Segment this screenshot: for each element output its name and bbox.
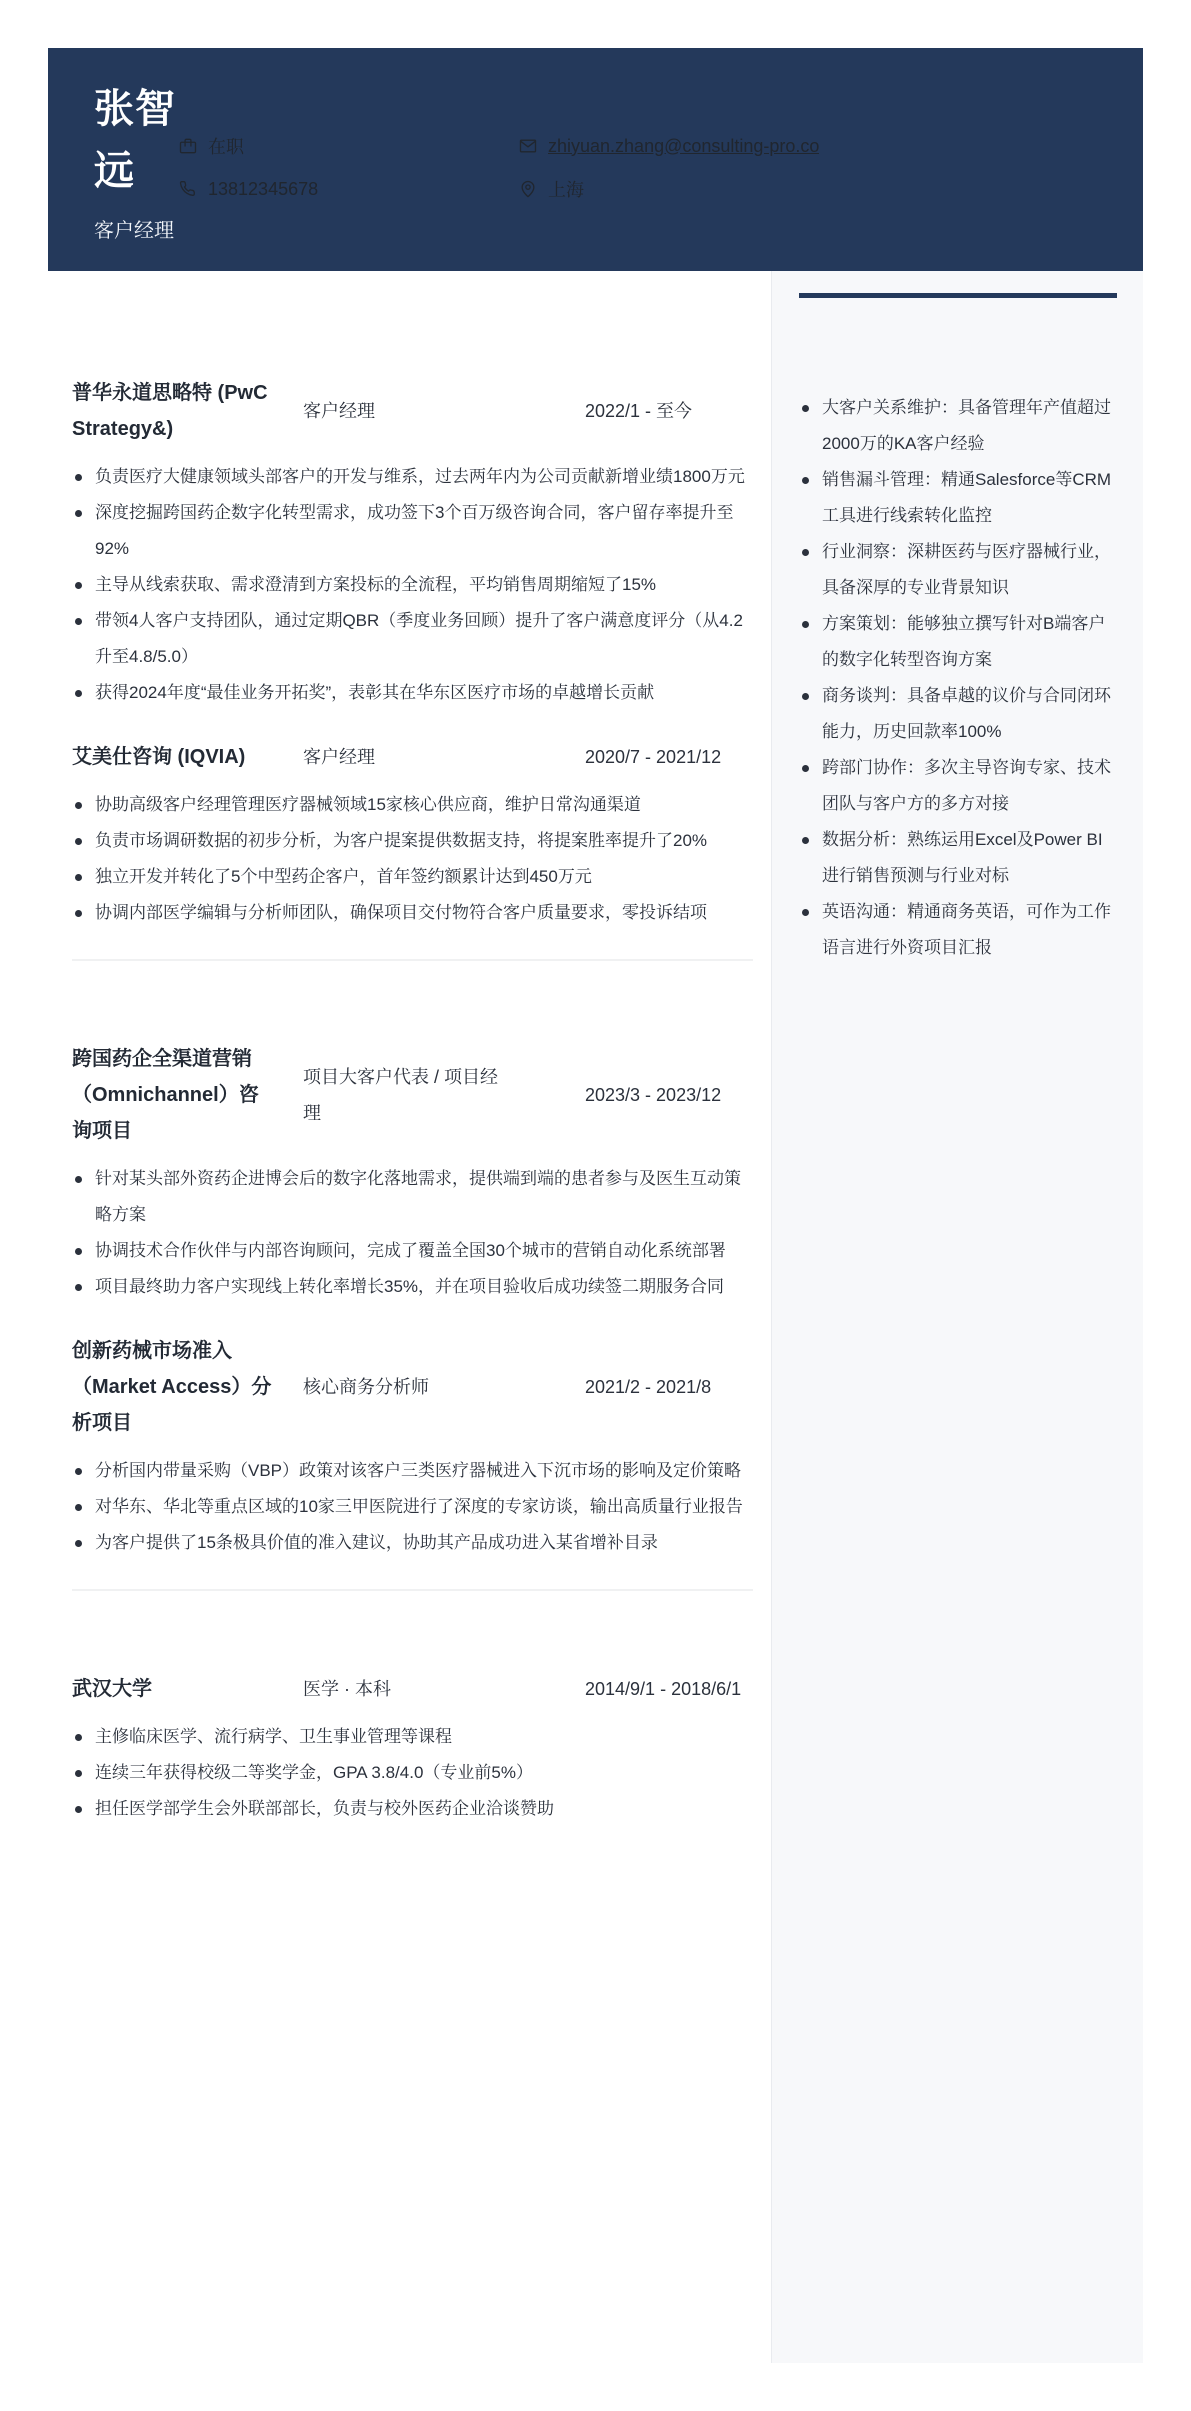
bullet-text: 连续三年获得校级二等奖学金，GPA 3.8/4.0（专业前5%）	[95, 1755, 533, 1791]
bullet-dot	[75, 1540, 82, 1547]
mail-icon	[518, 136, 538, 156]
skill-item: 行业洞察：深耕医药与医疗器械行业，具备深厚的专业背景知识	[799, 534, 1117, 606]
candidate-name: 张智远	[94, 78, 178, 202]
skill-text: 方案策划：能够独立撰写针对B端客户的数字化转型咨询方案	[822, 606, 1117, 678]
skill-text: 销售漏斗管理：精通Salesforce等CRM工具进行线索转化监控	[822, 462, 1117, 534]
entry-date: 2021/2 - 2021/8	[585, 1369, 753, 1405]
bullet-dot	[802, 837, 809, 844]
bullet-dot	[75, 1284, 82, 1291]
contact-location: 上海	[518, 176, 1097, 202]
skill-item: 商务谈判：具备卓越的议价与合同闭环能力，历史回款率100%	[799, 678, 1117, 750]
entry-role: 客户经理	[303, 739, 515, 775]
bullet-text: 负责市场调研数据的初步分析，为客户提案提供数据支持，将提案胜率提升了20%	[95, 823, 707, 859]
projects-entry: 跨国药企全渠道营销（Omnichannel）咨询项目项目大客户代表 / 项目经理…	[72, 1041, 753, 1305]
skill-text: 商务谈判：具备卓越的议价与合同闭环能力，历史回款率100%	[822, 678, 1117, 750]
skill-item: 英语沟通：精通商务英语，可作为工作语言进行外资项目汇报	[799, 894, 1117, 966]
bullet-dot	[802, 693, 809, 700]
entry-bullet: 项目最终助力客户实现线上转化率增长35%，并在项目验收后成功续签二期服务合同	[72, 1269, 753, 1305]
phone-icon	[178, 179, 198, 199]
resume-body: 普华永道思略特 (PwC Strategy&)客户经理2022/1 - 至今负责…	[48, 271, 1143, 2363]
bullet-dot	[75, 802, 82, 809]
bullet-dot	[802, 909, 809, 916]
entry-bullet: 为客户提供了15条极具价值的准入建议，协助其产品成功进入某省增补目录	[72, 1525, 753, 1561]
section-divider	[72, 1589, 753, 1591]
bullet-dot	[75, 474, 82, 481]
bullet-text: 项目最终助力客户实现线上转化率增长35%，并在项目验收后成功续签二期服务合同	[95, 1269, 724, 1305]
bullet-text: 协调内部医学编辑与分析师团队，确保项目交付物符合客户质量要求，零投诉结项	[95, 895, 707, 931]
candidate-title: 客户经理	[94, 214, 178, 243]
bullet-dot	[75, 582, 82, 589]
contact-phone: 13812345678	[178, 176, 518, 202]
bullet-text: 负责医疗大健康领域头部客户的开发与维系，过去两年内为公司贡献新增业绩1800万元	[95, 459, 745, 495]
entry-bullet: 对华东、华北等重点区域的10家三甲医院进行了深度的专家访谈，输出高质量行业报告	[72, 1489, 753, 1525]
entry-company: 艾美仕咨询 (IQVIA)	[72, 739, 277, 775]
bullet-text: 为客户提供了15条极具价值的准入建议，协助其产品成功进入某省增补目录	[95, 1525, 658, 1561]
bullet-text: 深度挖掘跨国药企数字化转型需求，成功签下3个百万级咨询合同，客户留存率提升至92…	[95, 495, 753, 567]
bullet-dot	[75, 874, 82, 881]
entry-bullet: 深度挖掘跨国药企数字化转型需求，成功签下3个百万级咨询合同，客户留存率提升至92…	[72, 495, 753, 567]
bullet-dot	[75, 1734, 82, 1741]
entry-date: 2020/7 - 2021/12	[585, 739, 753, 775]
bullet-dot	[802, 765, 809, 772]
briefcase-icon	[178, 136, 198, 156]
education-entry: 武汉大学医学 · 本科2014/9/1 - 2018/6/1主修临床医学、流行病…	[72, 1671, 753, 1827]
skills-list: 大客户关系维护：具备管理年产值超过2000万的KA客户经验销售漏斗管理：精通Sa…	[799, 390, 1117, 966]
entry-bullet: 协调技术合作伙伴与内部咨询顾问，完成了覆盖全国30个城市的营销自动化系统部署	[72, 1233, 753, 1269]
bullet-dot	[802, 477, 809, 484]
contact-status-label: 在职	[208, 133, 244, 159]
bullet-dot	[75, 910, 82, 917]
location-icon	[518, 179, 538, 199]
entry-bullet: 针对某头部外资药企进博会后的数字化落地需求，提供端到端的患者参与及医生互动策略方…	[72, 1161, 753, 1233]
entry-bullet-list: 主修临床医学、流行病学、卫生事业管理等课程连续三年获得校级二等奖学金，GPA 3…	[72, 1719, 753, 1827]
entry-bullet: 担任医学部学生会外联部部长，负责与校外医药企业洽谈赞助	[72, 1791, 753, 1827]
entry-bullet: 获得2024年度“最佳业务开拓奖”，表彰其在华东区医疗市场的卓越增长贡献	[72, 675, 753, 711]
bullet-text: 针对某头部外资药企进博会后的数字化落地需求，提供端到端的患者参与及医生互动策略方…	[95, 1161, 753, 1233]
entry-bullet-list: 协助高级客户经理管理医疗器械领域15家核心供应商，维护日常沟通渠道负责市场调研数…	[72, 787, 753, 931]
contact-status: 在职	[178, 133, 518, 159]
entry-bullet: 主修临床医学、流行病学、卫生事业管理等课程	[72, 1719, 753, 1755]
entry-company: 普华永道思略特 (PwC Strategy&)	[72, 375, 277, 447]
entry-role: 核心商务分析师	[303, 1369, 515, 1405]
experience-entry: 艾美仕咨询 (IQVIA)客户经理2020/7 - 2021/12协助高级客户经…	[72, 739, 753, 931]
entry-date: 2014/9/1 - 2018/6/1	[585, 1671, 753, 1707]
entry-head: 艾美仕咨询 (IQVIA)客户经理2020/7 - 2021/12	[72, 739, 753, 775]
experience-column: 普华永道思略特 (PwC Strategy&)客户经理2022/1 - 至今负责…	[48, 271, 753, 2363]
bullet-text: 担任医学部学生会外联部部长，负责与校外医药企业洽谈赞助	[95, 1791, 554, 1827]
bullet-dot	[802, 549, 809, 556]
contact-info: 在职zhiyuan.zhang@consulting-pro.co1381234…	[178, 64, 1097, 271]
skills-sidebar: 大客户关系维护：具备管理年产值超过2000万的KA客户经验销售漏斗管理：精通Sa…	[771, 271, 1143, 2363]
entry-bullet-list: 负责医疗大健康领域头部客户的开发与维系，过去两年内为公司贡献新增业绩1800万元…	[72, 459, 753, 711]
bullet-dot	[75, 618, 82, 625]
bullet-text: 主修临床医学、流行病学、卫生事业管理等课程	[95, 1719, 452, 1755]
experience-entry: 普华永道思略特 (PwC Strategy&)客户经理2022/1 - 至今负责…	[72, 375, 753, 711]
skill-item: 销售漏斗管理：精通Salesforce等CRM工具进行线索转化监控	[799, 462, 1117, 534]
contact-location-label: 上海	[548, 176, 584, 202]
skill-item: 跨部门协作：多次主导咨询专家、技术团队与客户方的多方对接	[799, 750, 1117, 822]
bullet-dot	[75, 510, 82, 517]
entry-role: 客户经理	[303, 393, 515, 429]
skill-text: 英语沟通：精通商务英语，可作为工作语言进行外资项目汇报	[822, 894, 1117, 966]
bullet-dot	[802, 405, 809, 412]
skill-text: 大客户关系维护：具备管理年产值超过2000万的KA客户经验	[822, 390, 1117, 462]
bullet-dot	[802, 621, 809, 628]
name-block: 张智远 客户经理	[94, 48, 178, 271]
contact-email: zhiyuan.zhang@consulting-pro.co	[518, 133, 1097, 159]
bullet-dot	[75, 1806, 82, 1813]
bullet-text: 获得2024年度“最佳业务开拓奖”，表彰其在华东区医疗市场的卓越增长贡献	[95, 675, 654, 711]
entry-date: 2022/1 - 至今	[585, 393, 753, 429]
bullet-dot	[75, 1770, 82, 1777]
entry-bullet: 独立开发并转化了5个中型药企客户，首年签约额累计达到450万元	[72, 859, 753, 895]
entry-bullet: 负责医疗大健康领域头部客户的开发与维系，过去两年内为公司贡献新增业绩1800万元	[72, 459, 753, 495]
entry-role: 医学 · 本科	[303, 1671, 515, 1707]
contact-email-label[interactable]: zhiyuan.zhang@consulting-pro.co	[548, 136, 819, 157]
bullet-text: 对华东、华北等重点区域的10家三甲医院进行了深度的专家访谈，输出高质量行业报告	[95, 1489, 743, 1525]
entry-bullet: 分析国内带量采购（VBP）政策对该客户三类医疗器械进入下沉市场的影响及定价策略	[72, 1453, 753, 1489]
skill-item: 大客户关系维护：具备管理年产值超过2000万的KA客户经验	[799, 390, 1117, 462]
sidebar-accent-bar	[799, 293, 1117, 298]
bullet-text: 协助高级客户经理管理医疗器械领域15家核心供应商，维护日常沟通渠道	[95, 787, 641, 823]
skill-text: 数据分析：熟练运用Excel及Power BI进行销售预测与行业对标	[822, 822, 1117, 894]
resume-page: 张智远 客户经理 在职zhiyuan.zhang@consulting-pro.…	[0, 0, 1191, 2411]
entry-bullet: 协调内部医学编辑与分析师团队，确保项目交付物符合客户质量要求，零投诉结项	[72, 895, 753, 931]
entry-head: 武汉大学医学 · 本科2014/9/1 - 2018/6/1	[72, 1671, 753, 1707]
entry-bullet: 连续三年获得校级二等奖学金，GPA 3.8/4.0（专业前5%）	[72, 1755, 753, 1791]
entry-bullet-list: 分析国内带量采购（VBP）政策对该客户三类医疗器械进入下沉市场的影响及定价策略对…	[72, 1453, 753, 1561]
entry-date: 2023/3 - 2023/12	[585, 1077, 753, 1113]
entry-head: 普华永道思略特 (PwC Strategy&)客户经理2022/1 - 至今	[72, 375, 753, 447]
entry-company: 创新药械市场准入（Market Access）分析项目	[72, 1333, 277, 1441]
entry-company: 跨国药企全渠道营销（Omnichannel）咨询项目	[72, 1041, 277, 1149]
bullet-dot	[75, 1176, 82, 1183]
entry-bullet: 带领4人客户支持团队，通过定期QBR（季度业务回顾）提升了客户满意度评分（从4.…	[72, 603, 753, 675]
bullet-text: 主导从线索获取、需求澄清到方案投标的全流程，平均销售周期缩短了15%	[95, 567, 656, 603]
skill-text: 跨部门协作：多次主导咨询专家、技术团队与客户方的多方对接	[822, 750, 1117, 822]
resume-header: 张智远 客户经理 在职zhiyuan.zhang@consulting-pro.…	[48, 48, 1143, 271]
bullet-dot	[75, 690, 82, 697]
contact-phone-label: 13812345678	[208, 179, 318, 200]
bullet-dot	[75, 838, 82, 845]
entry-head: 创新药械市场准入（Market Access）分析项目核心商务分析师2021/2…	[72, 1333, 753, 1441]
bullet-dot	[75, 1248, 82, 1255]
bullet-text: 协调技术合作伙伴与内部咨询顾问，完成了覆盖全国30个城市的营销自动化系统部署	[95, 1233, 726, 1269]
skill-item: 数据分析：熟练运用Excel及Power BI进行销售预测与行业对标	[799, 822, 1117, 894]
entry-role: 项目大客户代表 / 项目经理	[303, 1059, 515, 1131]
skill-item: 方案策划：能够独立撰写针对B端客户的数字化转型咨询方案	[799, 606, 1117, 678]
skill-text: 行业洞察：深耕医药与医疗器械行业，具备深厚的专业背景知识	[822, 534, 1117, 606]
entry-bullet: 主导从线索获取、需求澄清到方案投标的全流程，平均销售周期缩短了15%	[72, 567, 753, 603]
entry-bullet: 协助高级客户经理管理医疗器械领域15家核心供应商，维护日常沟通渠道	[72, 787, 753, 823]
entry-head: 跨国药企全渠道营销（Omnichannel）咨询项目项目大客户代表 / 项目经理…	[72, 1041, 753, 1149]
entry-bullet-list: 针对某头部外资药企进博会后的数字化落地需求，提供端到端的患者参与及医生互动策略方…	[72, 1161, 753, 1305]
bullet-dot	[75, 1468, 82, 1475]
bullet-text: 带领4人客户支持团队，通过定期QBR（季度业务回顾）提升了客户满意度评分（从4.…	[95, 603, 753, 675]
bullet-dot	[75, 1504, 82, 1511]
bullet-text: 独立开发并转化了5个中型药企客户，首年签约额累计达到450万元	[95, 859, 592, 895]
entry-company: 武汉大学	[72, 1671, 277, 1707]
section-divider	[72, 959, 753, 961]
projects-entry: 创新药械市场准入（Market Access）分析项目核心商务分析师2021/2…	[72, 1333, 753, 1561]
entry-bullet: 负责市场调研数据的初步分析，为客户提案提供数据支持，将提案胜率提升了20%	[72, 823, 753, 859]
bullet-text: 分析国内带量采购（VBP）政策对该客户三类医疗器械进入下沉市场的影响及定价策略	[95, 1453, 741, 1489]
